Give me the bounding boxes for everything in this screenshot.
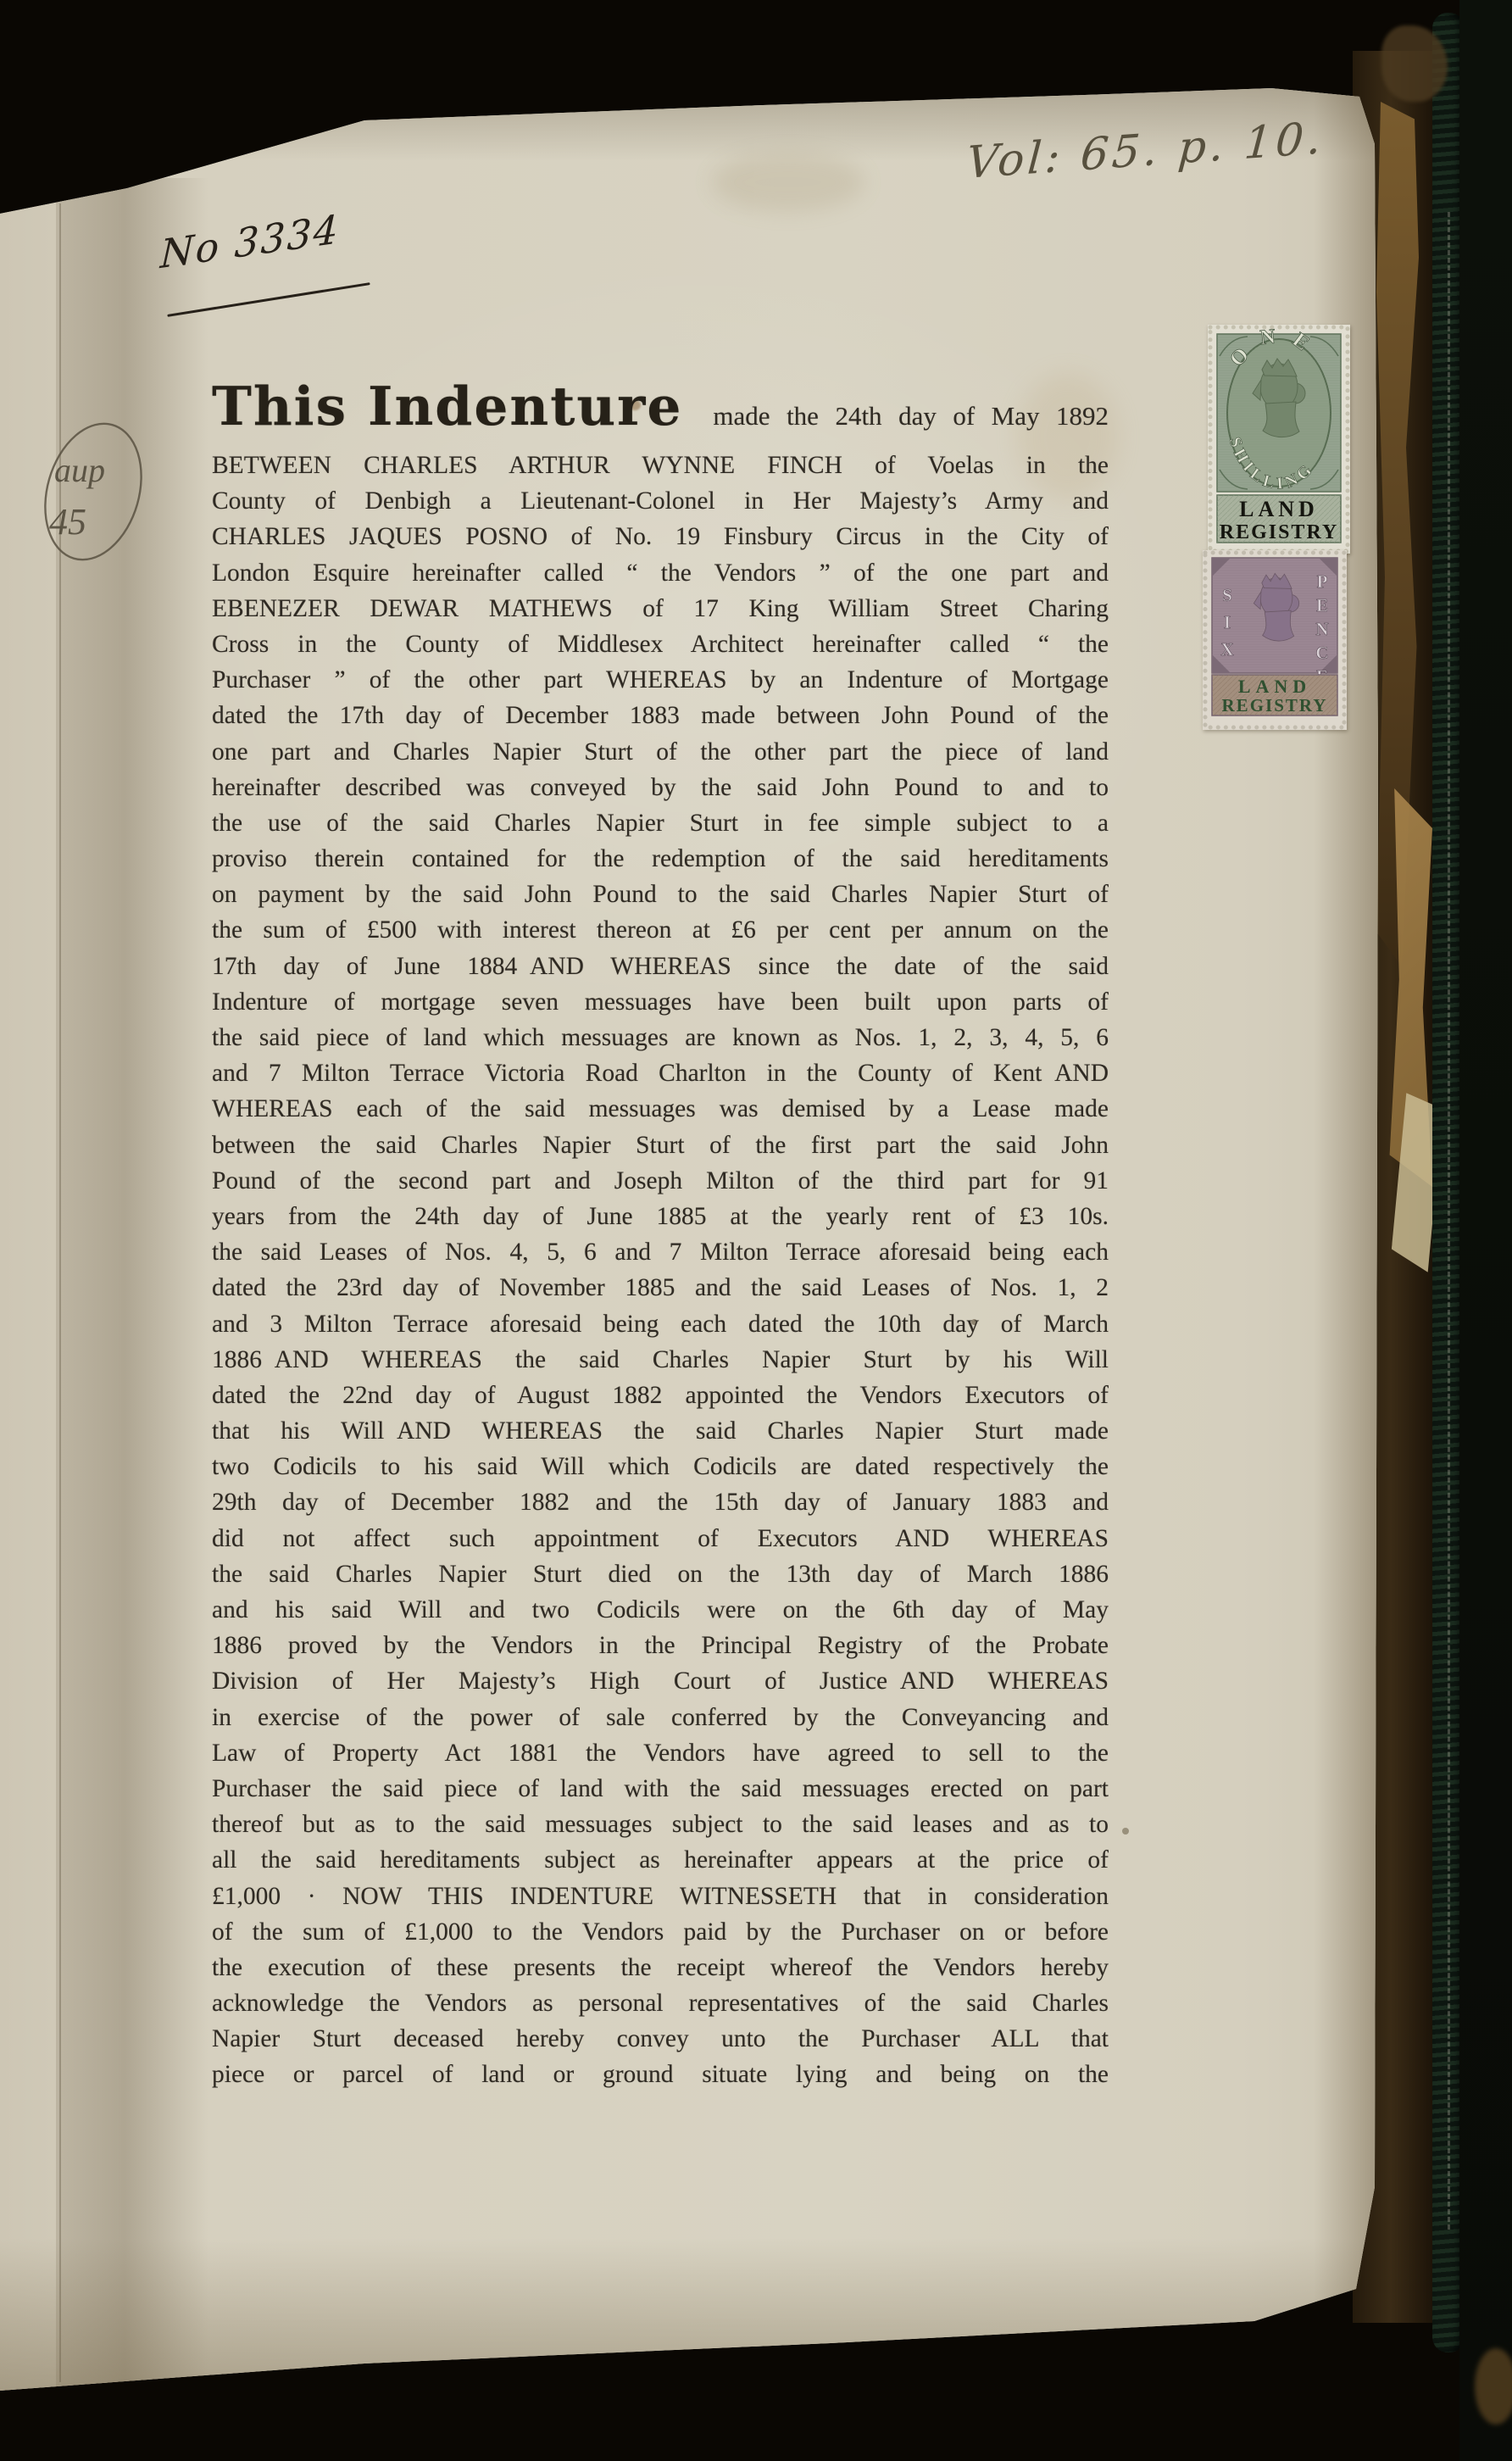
deed-heading: This Indenture madethe24thdayofMay1892	[212, 375, 1109, 446]
stamp-value-left: SIX	[1217, 585, 1237, 666]
heading-word: of	[953, 401, 975, 432]
text-line: proviso therein contained for the redemp…	[212, 841, 1109, 877]
text-line: dated the 22nd day of August 1882 appoin…	[212, 1378, 1109, 1413]
stamp-dept-line2: REGISTRY	[1222, 695, 1328, 715]
text-line: thereof but as to the said messuages sub…	[212, 1807, 1109, 1842]
text-line: EBENEZER DEWAR MATHEWS of 17 King Willia…	[212, 591, 1109, 626]
text-line: the said piece of land which messuages a…	[212, 1020, 1109, 1055]
text-line: Purchaser ” of the other part WHEREAS by…	[212, 662, 1109, 698]
text-line: Division of Her Majesty’s High Court of …	[212, 1663, 1109, 1699]
stamp-value-right: PENCE	[1312, 571, 1332, 690]
text-line: BETWEEN CHARLES ARTHUR WYNNE FINCH of Vo…	[212, 448, 1109, 483]
heading-blackletter: This Indenture	[212, 375, 682, 437]
text-line: CHARLES JAQUES POSNO of No. 19 Finsbury …	[212, 519, 1109, 554]
text-line: the sum of £500 with interest thereon at…	[212, 912, 1109, 948]
text-line: hereinafter described was conveyed by th…	[212, 770, 1109, 805]
page-edge-shadow	[0, 2238, 1373, 2391]
heading-word: made	[713, 401, 770, 432]
heading-word: 1892	[1056, 401, 1109, 432]
text-line: on payment by the said John Pound to the…	[212, 877, 1109, 912]
heading-word: day	[898, 401, 937, 432]
text-line: dated the 23rd day of November 1885 and …	[212, 1270, 1109, 1306]
text-line: £1,000 · NOW THIS INDENTURE WITNESSETH t…	[212, 1879, 1109, 1914]
text-line: in exercise of the power of sale conferr…	[212, 1700, 1109, 1735]
text-line: 1886 AND WHEREAS the said Charles Napier…	[212, 1342, 1109, 1378]
stamp-six-pence: SIX PENCE LAND REGISTRY	[1202, 549, 1348, 731]
oval-inspection-mark: aup 45	[25, 407, 178, 593]
text-line: the said Leases of Nos. 4, 5, 6 and 7 Mi…	[212, 1234, 1109, 1270]
stamp-dept-line1: LAND	[1239, 497, 1319, 521]
binding-stitching	[1448, 212, 1450, 2230]
paper-stain	[1122, 1828, 1129, 1835]
deed-text: This Indenture madethe24thdayofMay1892 B…	[212, 375, 1109, 2093]
text-line: and his said Will and two Codicils were …	[212, 1592, 1109, 1628]
text-line: the use of the said Charles Napier Sturt…	[212, 805, 1109, 841]
text-line: one part and Charles Napier Sturt of the…	[212, 734, 1109, 770]
text-line: 1886 proved by the Vendors in the Princi…	[212, 1628, 1109, 1663]
text-line: of the sum of £1,000 to the Vendors paid…	[212, 1914, 1109, 1950]
heading-date-line: madethe24thdayofMay1892	[713, 401, 1109, 432]
stamp-dept-line2: REGISTRY	[1220, 521, 1339, 543]
text-line: years from the 24th day of June 1885 at …	[212, 1199, 1109, 1234]
text-line: all the said hereditaments subject as he…	[212, 1842, 1109, 1878]
oval-mark-text: aup	[54, 451, 105, 489]
stamp-one-shilling: ONE SHILLING LAND REGISTRY	[1207, 324, 1351, 554]
oval-mark-number: 45	[49, 501, 86, 543]
book-cover	[1459, 0, 1512, 2461]
heading-word: 24th	[835, 401, 881, 432]
scanned-deed-photo: Vol: 65. p. 10. No 3334 aup 45 This Inde…	[0, 0, 1512, 2461]
text-line: Cross in the County of Middlesex Archite…	[212, 626, 1109, 662]
heading-word: the	[787, 401, 819, 432]
heading-word: May	[992, 401, 1040, 432]
text-line: London Esquire hereinafter called “ the …	[212, 555, 1109, 591]
text-line: acknowledge the Vendors as personal repr…	[212, 1985, 1109, 2021]
text-line: WHEREAS each of the said messuages was d…	[212, 1091, 1109, 1127]
text-line: that his Will AND WHEREAS the said Charl…	[212, 1413, 1109, 1449]
text-line: between the said Charles Napier Sturt of…	[212, 1127, 1109, 1163]
text-line: Napier Sturt deceased hereby convey unto…	[212, 2021, 1109, 2057]
text-line: piece or parcel of land or ground situat…	[212, 2057, 1109, 2092]
deed-body: BETWEEN CHARLES ARTHUR WYNNE FINCH of Vo…	[212, 448, 1109, 2093]
text-line: did not affect such appointment of Execu…	[212, 1521, 1109, 1556]
text-line: County of Denbigh a Lieutenant-Colonel i…	[212, 483, 1109, 519]
text-line: Indenture of mortgage seven messuages ha…	[212, 984, 1109, 1020]
text-line: Purchaser the said piece of land with th…	[212, 1771, 1109, 1807]
text-line: Pound of the second part and Joseph Milt…	[212, 1163, 1109, 1199]
paper-stain	[712, 153, 864, 212]
text-line: and 3 Milton Terrace aforesaid being eac…	[212, 1306, 1109, 1342]
text-line: and 7 Milton Terrace Victoria Road Charl…	[212, 1055, 1109, 1091]
deed-page: Vol: 65. p. 10. No 3334 aup 45 This Inde…	[0, 0, 1512, 2461]
stamp-dept-line1: LAND	[1238, 676, 1311, 697]
text-line: two Codicils to his said Will which Codi…	[212, 1449, 1109, 1484]
page-curl	[1475, 2348, 1512, 2425]
text-line: the said Charles Napier Sturt died on th…	[212, 1556, 1109, 1592]
text-line: the execution of these presents the rece…	[212, 1950, 1109, 1985]
text-line: Law of Property Act 1881 the Vendors hav…	[212, 1735, 1109, 1771]
text-line: 17th day of June 1884 AND WHEREAS since …	[212, 949, 1109, 984]
text-line: 29th day of December 1882 and the 15th d…	[212, 1484, 1109, 1520]
text-line: dated the 17th day of December 1883 made…	[212, 698, 1109, 733]
